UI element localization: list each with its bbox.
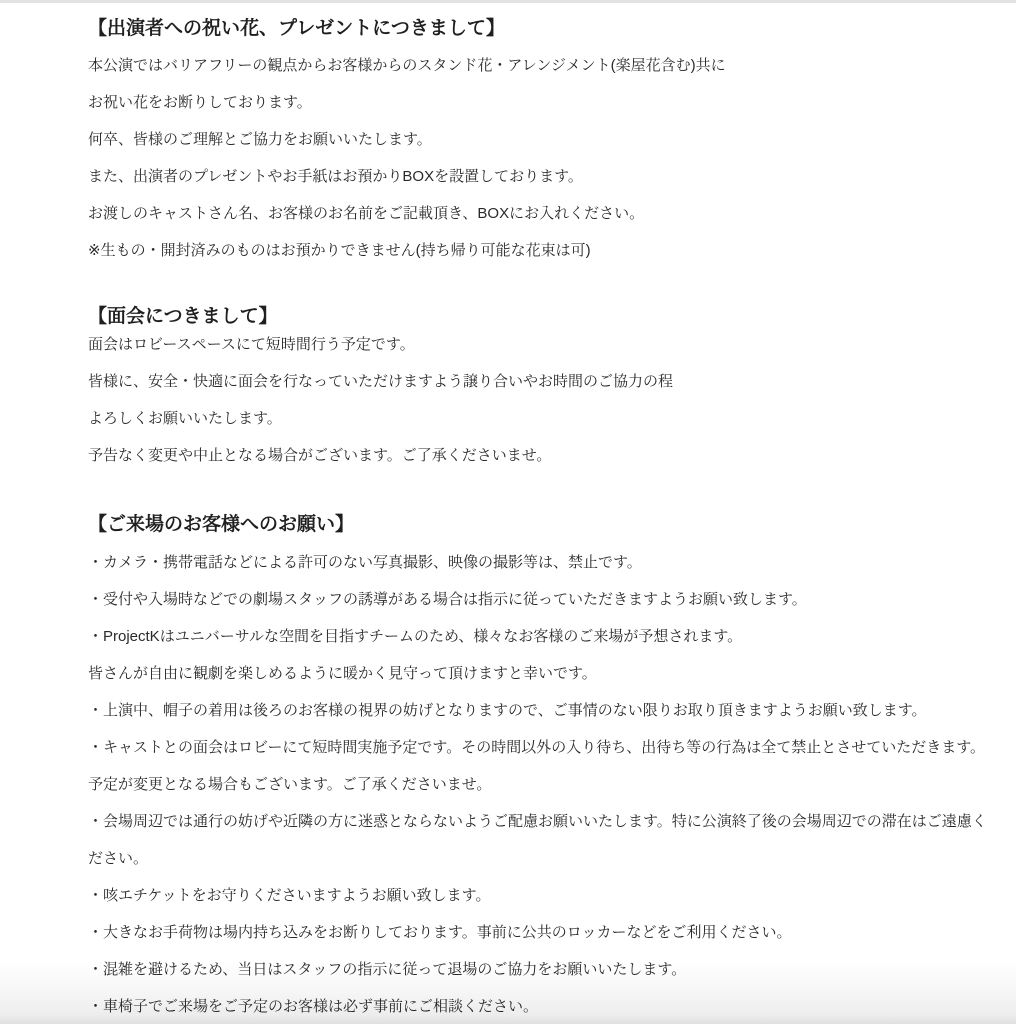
text-line: よろしくお願いいたします。 [88,400,968,437]
text-line: ・会場周辺では通行の妨げや近隣の方に迷惑とならないようご配慮お願いいたします。特… [88,803,968,840]
text-line: ・カメラ・携帯電話などによる許可のない写真撮影、映像の撮影等は、禁止です。 [88,544,968,581]
text-line: ・ProjectKはユニバーサルな空間を目指すチームのため、様々なお客様のご来場… [88,618,968,655]
text-line: ・大きなお手荷物は場内持ち込みをお断りしております。事前に公共のロッカーなどをご… [88,914,968,951]
text-line: お渡しのキャストさん名、お客様のお名前をご記載頂き、BOXにお入れください。 [88,195,968,232]
text-line: ・咳エチケットをお守りくださいますようお願い致します。 [88,877,968,914]
section-visitor-requests-title: 【ご来場のお客様へのお願い】 [88,510,968,540]
text-line: 面会はロビースペースにて短時間行う予定です。 [88,326,968,363]
section-meetings: 【面会につきまして】 面会はロビースペースにて短時間行う予定です。 皆様に、安全… [88,302,968,474]
text-line: 本公演ではバリアフリーの観点からお客様からのスタンド花・アレンジメント(楽屋花含… [88,47,968,84]
text-line: お祝い花をお断りしております。 [88,84,968,121]
text-line: ださい。 [88,840,968,877]
section-flowers-presents-title: 【出演者への祝い花、プレゼントにつきまして】 [88,14,968,44]
page-top-divider [0,0,1016,3]
text-line: 皆様に、安全・快適に面会を行なっていただけますよう譲り合いやお時間のご協力の程 [88,363,968,400]
text-line: ・キャストとの面会はロビーにて短時間実施予定です。その時間以外の入り待ち、出待ち… [88,729,968,766]
text-line: ・混雑を避けるため、当日はスタッフの指示に従って退場のご協力をお願いいたします。 [88,951,968,988]
text-line: ・上演中、帽子の着用は後ろのお客様の視界の妨げとなりますので、ご事情のない限りお… [88,692,968,729]
text-line: ・車椅子でご来場をご予定のお客様は必ず事前にご相談ください。 [88,988,968,1024]
text-line: ・受付や入場時などでの劇場スタッフの誘導がある場合は指示に従っていただきますよう… [88,581,968,618]
text-line: ※生もの・開封済みのものはお預かりできません(持ち帰り可能な花束は可) [88,232,968,269]
text-line: 何卒、皆様のご理解とご協力をお願いいたします。 [88,121,968,158]
text-line: 皆さんが自由に観劇を楽しめるように暖かく見守って頂けますと幸いです。 [88,655,968,692]
text-line: 予定が変更となる場合もございます。ご了承くださいませ。 [88,766,968,803]
notice-document: 【出演者への祝い花、プレゼントにつきまして】 本公演ではバリアフリーの観点からお… [88,14,968,1024]
text-line: また、出演者のプレゼントやお手紙はお預かりBOXを設置しております。 [88,158,968,195]
section-visitor-requests: 【ご来場のお客様へのお願い】 ・カメラ・携帯電話などによる許可のない写真撮影、映… [88,510,968,1024]
text-line: 予告なく変更や中止となる場合がございます。ご了承くださいませ。 [88,437,968,474]
section-flowers-presents: 【出演者への祝い花、プレゼントにつきまして】 本公演ではバリアフリーの観点からお… [88,14,968,269]
